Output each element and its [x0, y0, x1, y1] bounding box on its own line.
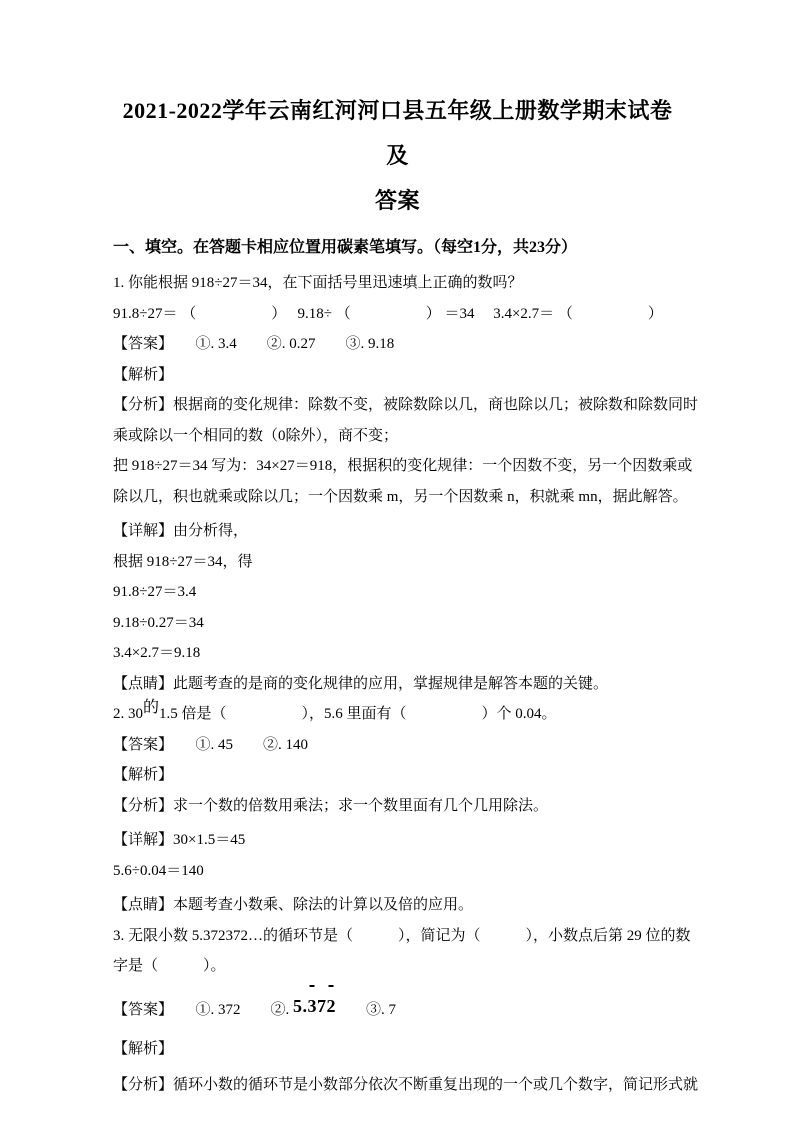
q1-fenxi-line-2: 乘或除以一个相同的数（0除外），商不变； [113, 421, 682, 452]
q1-fenxi-line-3: 把 918÷27＝34 写为：34×27＝918，根据积的变化规律：一个因数不变… [113, 451, 682, 482]
repdec-dotted-digit-1: 3 [308, 990, 318, 1022]
q2-answer-label: 【答案】 [113, 737, 166, 753]
q3-repeating-decimal: 5.372 [293, 996, 336, 1016]
q3-answer-line: 【答案】 ①. 372 ②. 5.372 ③. 7 [113, 992, 682, 1028]
q2-answer-items: ①. 45 ②. 140 [166, 737, 309, 753]
q1-answer-items: ①. 3.4 ②. 0.27 ③. 9.18 [166, 336, 395, 352]
document-page: 2021-2022学年云南红河河口县五年级上册数学期末试卷及 答案 一、填空。在… [0, 0, 794, 1123]
q2-dianjing: 【点睛】本题考查小数乘、除法的计算以及倍的应用。 [113, 890, 682, 921]
q2-xiangjie-line-2: 5.6÷0.04＝140 [113, 856, 682, 887]
q1-xiangjie-line-1: 【详解】由分析得， [113, 516, 682, 547]
repdec-middle: 7 [317, 996, 327, 1016]
q3-answer-items-pre: ①. 372 ②. [166, 1002, 294, 1018]
q1-xiangjie-line-3: 91.8÷27＝3.4 [113, 577, 682, 608]
q2-stem-raised-char: 的 [143, 699, 159, 716]
q1-stem: 1. 你能根据 918÷27＝34，在下面括号里迅速填上正确的数吗？ [113, 268, 682, 299]
q3-stem-line-1: 3. 无限小数 5.372372…的循环节是（ ），简记为（ ），小数点后第 2… [113, 921, 682, 952]
document-title: 2021-2022学年云南红河河口县五年级上册数学期末试卷及 答案 [113, 88, 682, 223]
q2-stem-rest: 1.5 倍是（ ），5.6 里面有（ ）个 0.04。 [159, 706, 557, 722]
q2-stem-prefix: 2. 30 [113, 706, 143, 722]
q2-fenxi: 【分析】求一个数的倍数用乘法；求一个数里面有几个几用除法。 [113, 791, 682, 822]
q1-fenxi-line-1: 【分析】根据商的变化规律：除数不变，被除数除以几，商也除以几；被除数和除数同时 [113, 390, 682, 421]
q3-answer-items-post: ③. 7 [336, 1002, 396, 1018]
q1-jiexi-label: 【解析】 [113, 360, 682, 391]
q1-fenxi-line-4: 除以几，积也就乘或除以几；一个因数乘 m，另一个因数乘 n，积就乘 mn，据此解… [113, 482, 682, 513]
q3-jiexi-label: 【解析】 [113, 1034, 682, 1065]
section-heading: 一、填空。在答题卡相应位置用碳素笔填写。（每空1分，共23分） [113, 236, 682, 260]
q3-fenxi: 【分析】循环小数的循环节是小数部分依次不断重复出现的一个或几个数字，简记形式就 [113, 1070, 682, 1101]
title-line-1: 2021-2022学年云南红河河口县五年级上册数学期末试卷及 [113, 88, 682, 178]
repdec-dotted-digit-2: 2 [327, 990, 337, 1022]
title-line-2: 答案 [113, 178, 682, 223]
q2-xiangjie-line-1: 【详解】30×1.5＝45 [113, 825, 682, 856]
q1-xiangjie-line-2: 根据 918÷27＝34，得 [113, 547, 682, 578]
q1-xiangjie-line-4: 9.18÷0.27＝34 [113, 608, 682, 639]
q1-answer-label: 【答案】 [113, 336, 166, 352]
q1-blanks: 91.8÷27＝ （ ） 9.18÷ （ ） ＝34 3.4×2.7＝ （ ） [113, 299, 682, 330]
q3-answer-label: 【答案】 [113, 1002, 166, 1018]
repdec-prefix: 5. [293, 996, 308, 1016]
q2-jiexi-label: 【解析】 [113, 760, 682, 791]
q3-stem-line-2: 字是（ ）。 [113, 951, 682, 982]
q1-answer-line: 【答案】 ①. 3.4 ②. 0.27 ③. 9.18 [113, 329, 682, 360]
q2-answer-line: 【答案】 ①. 45 ②. 140 [113, 730, 682, 761]
q1-xiangjie-line-5: 3.4×2.7＝9.18 [113, 638, 682, 669]
q1-dianjing: 【点睛】此题考查的是商的变化规律的应用，掌握规律是解答本题的关键。 [113, 669, 682, 700]
q2-stem: 2. 30的1.5 倍是（ ），5.6 里面有（ ）个 0.04。 [113, 699, 682, 730]
